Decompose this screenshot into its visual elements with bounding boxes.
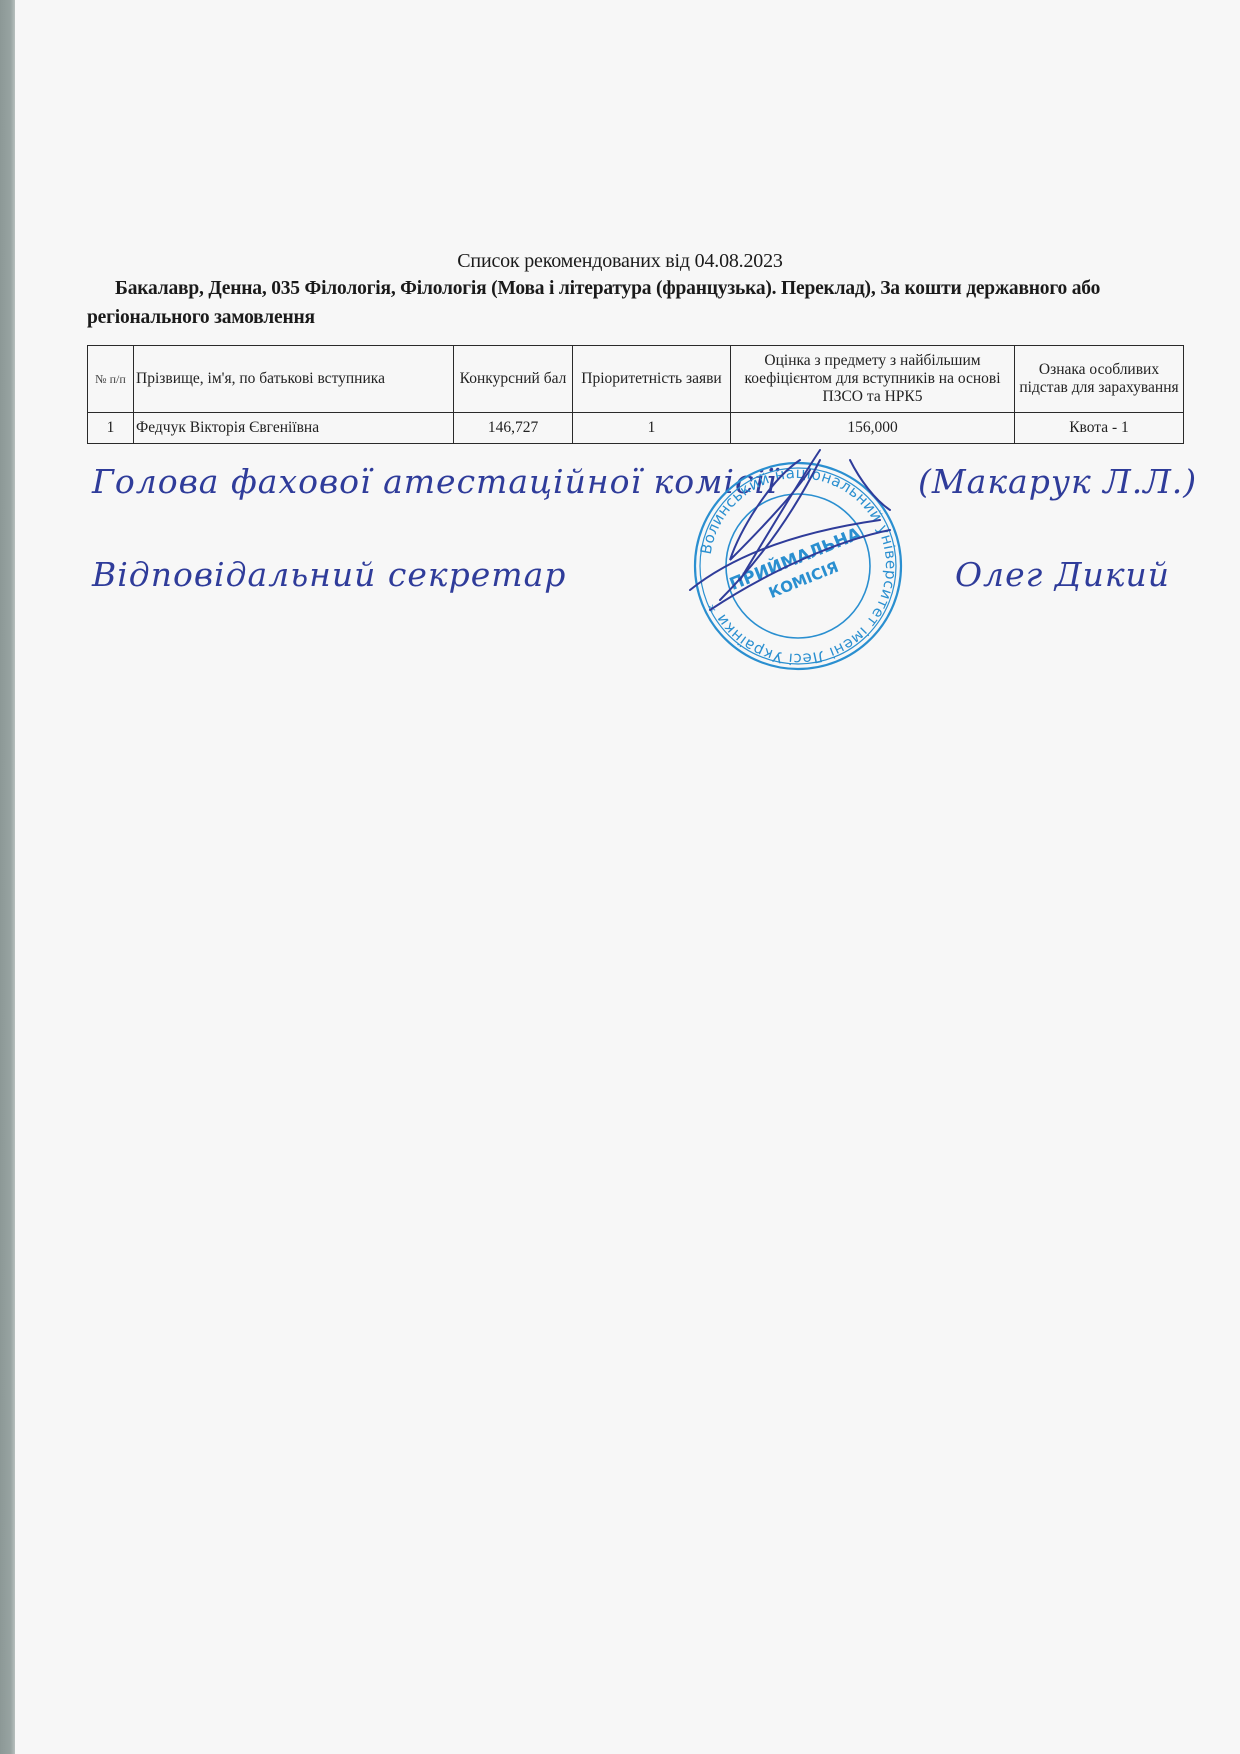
cell-score: 146,727 xyxy=(454,413,573,444)
handwritten-chair-role: Голова фахової атестаційної комісії xyxy=(92,462,778,501)
document-title: Список рекомендованих від 04.08.2023 xyxy=(0,250,1240,273)
header-subject-score: Оцінка з предмету з найбільшим коефіцієн… xyxy=(731,346,1015,413)
header-name: Прізвище, ім'я, по батькові вступника xyxy=(134,346,454,413)
table-row: 1 Федчук Вікторія Євгеніївна 146,727 1 1… xyxy=(88,413,1184,444)
recommended-list-table: № п/п Прізвище, ім'я, по батькові вступн… xyxy=(87,345,1184,444)
header-priority: Пріоритетність заяви xyxy=(573,346,731,413)
handwritten-chair-name: (Макарук Л.Л.) xyxy=(918,462,1197,501)
handwritten-secretary-role: Відповідальний секретар xyxy=(92,555,566,594)
table-header-row: № п/п Прізвище, ім'я, по батькові вступн… xyxy=(88,346,1184,413)
admissions-stamp: Волинський національний університет імен… xyxy=(692,460,904,672)
cell-number: 1 xyxy=(88,413,134,444)
header-number: № п/п xyxy=(88,346,134,413)
cell-subject-score: 156,000 xyxy=(731,413,1015,444)
document-subtitle: Бакалавр, Денна, 035 Філологія, Філологі… xyxy=(87,274,1187,332)
handwritten-secretary-name: Олег Дикий xyxy=(955,555,1170,594)
cell-priority: 1 xyxy=(573,413,731,444)
cell-special-basis: Квота - 1 xyxy=(1015,413,1184,444)
header-special-basis: Ознака особливих підстав для зарахування xyxy=(1015,346,1184,413)
cell-name: Федчук Вікторія Євгеніївна xyxy=(134,413,454,444)
header-score: Конкурсний бал xyxy=(454,346,573,413)
